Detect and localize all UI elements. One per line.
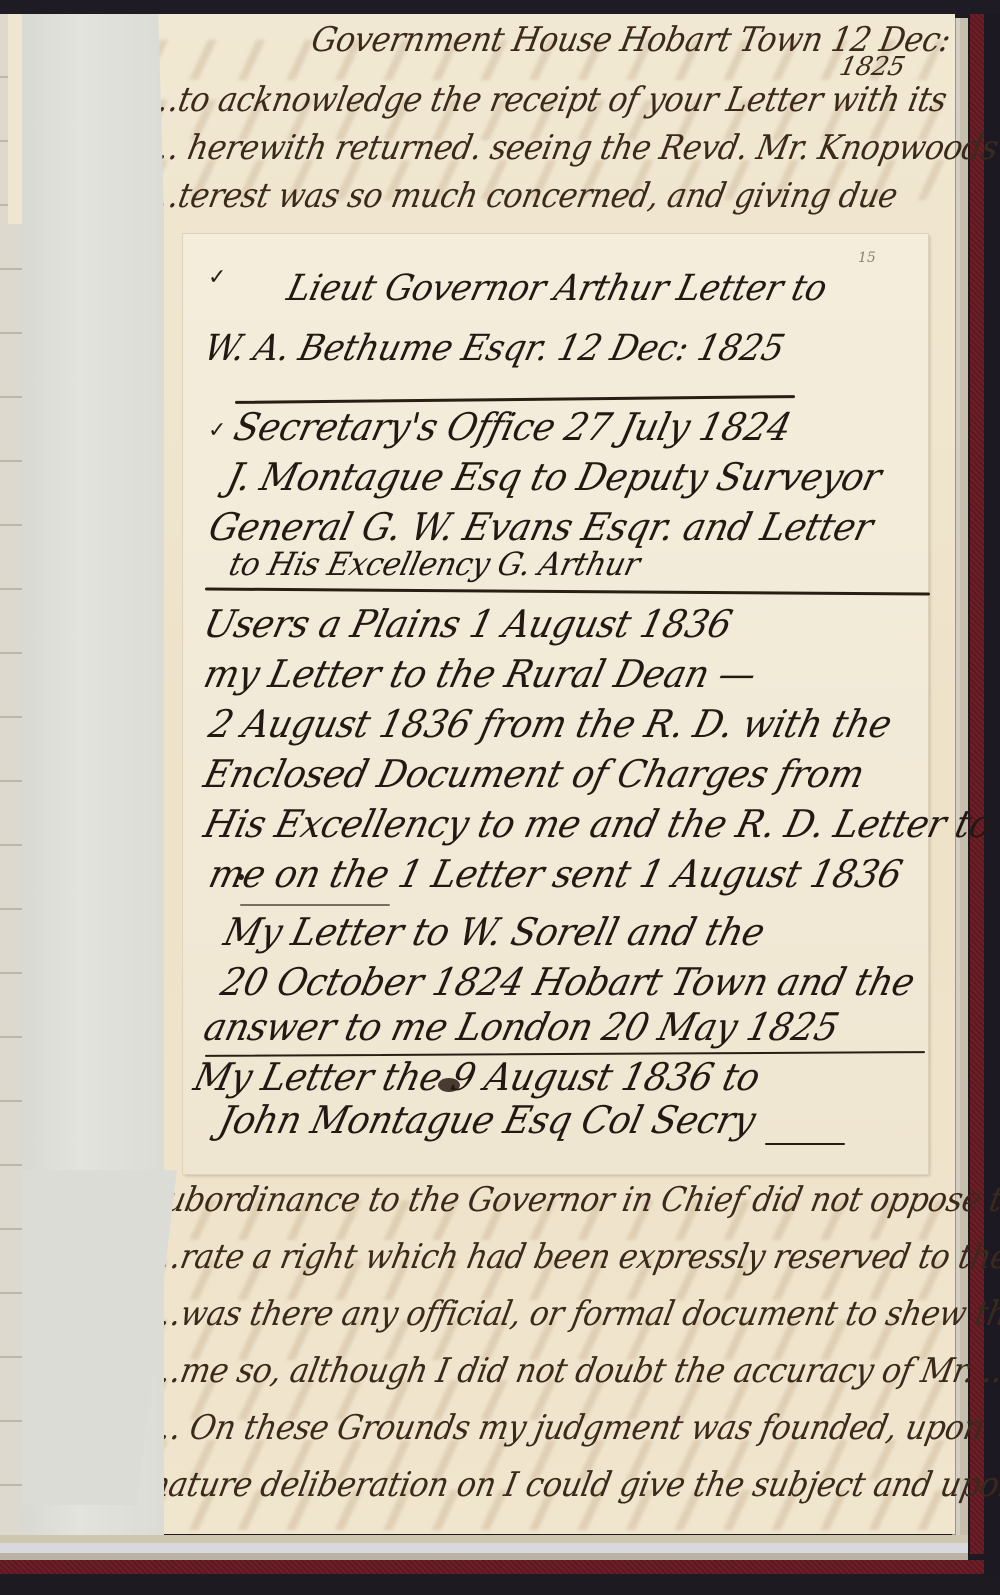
note-entry-line: General G. W. Evans Esqr. and Letter	[205, 505, 877, 549]
note-entry-line: Users a Plains 1 August 1836	[200, 602, 736, 646]
letter-heading-year: 1825	[837, 52, 908, 82]
letter-line: mature deliberation on I could give the …	[136, 1465, 1000, 1505]
note-entry-line: My Letter to W. Sorell and the	[220, 910, 769, 954]
book-cover-top	[0, 0, 1000, 14]
letter-line: …to acknowledge the receipt of your Lett…	[144, 80, 950, 120]
page-edges-bottom	[0, 1535, 968, 1560]
folio-number: 15	[858, 250, 876, 266]
book-cover-bottom	[0, 1574, 1000, 1595]
note-entry-line: Enclosed Document of Charges from	[200, 752, 869, 796]
note-entry-line: Secretary's Office 27 July 1824	[230, 405, 796, 449]
binding-cloth-bottom	[0, 1560, 984, 1574]
note-entry-line: John Montague Esq Col Secry	[215, 1098, 760, 1142]
note-entry-line: to His Excellency G. Arthur	[225, 545, 643, 583]
divider-rule	[240, 904, 390, 906]
note-title: Lieut Governor Arthur Letter to	[283, 268, 830, 309]
signature-underline	[765, 1143, 845, 1145]
ink-spot	[238, 874, 244, 880]
letter-line: …terest was so much concerned, and givin…	[144, 176, 900, 216]
letter-line: …rate a right which had been expressly r…	[146, 1237, 1000, 1277]
note-entry-line: my Letter to the Rural Dean —	[200, 652, 760, 696]
letter-line: … On these Grounds my judgment was found…	[146, 1408, 987, 1448]
note-entry-line: answer to me London 20 May 1825	[200, 1005, 843, 1049]
letter-line: …me so, although I did not doubt the acc…	[146, 1351, 1000, 1391]
note-entry-line: My Letter the 9 August 1836 to	[190, 1055, 764, 1099]
note-entry-line: 2 August 1836 from the R. D. with the	[205, 702, 896, 746]
letter-line: …was there any official, or formal docum…	[146, 1294, 1000, 1334]
note-entry-line: 20 October 1824 Hobart Town and the	[217, 960, 919, 1004]
note-entry-line: His Excellency to me and the R. D. Lette…	[200, 802, 997, 846]
check-mark-icon: ✓	[208, 265, 226, 290]
check-mark-icon: ✓	[208, 418, 226, 443]
letter-line: subordinance to the Governor in Chief di…	[146, 1180, 1000, 1220]
note-title: W. A. Bethume Esqr. 12 Dec: 1825	[200, 328, 788, 369]
note-entry-line: me on the 1 Letter sent 1 August 1836	[205, 852, 906, 896]
note-entry-line: J. Montague Esq to Deputy Surveyor	[223, 455, 886, 499]
letter-line: … herewith returned. seeing the Revd. Mr…	[144, 128, 1000, 168]
